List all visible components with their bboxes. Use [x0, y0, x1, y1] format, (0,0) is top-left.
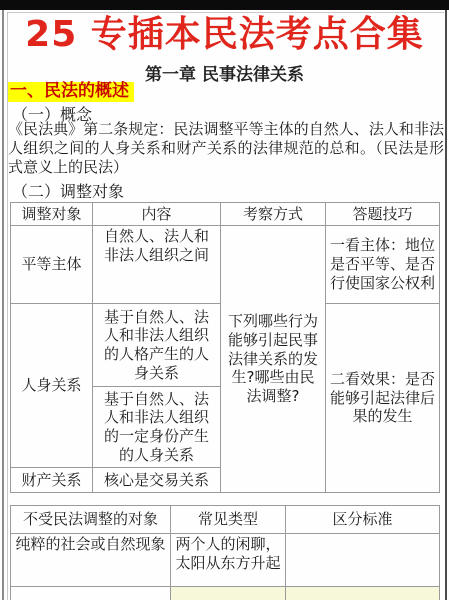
t1-cell-equal-subject-content: 自然人、法人和非法人组织之间 [93, 226, 220, 303]
t1-cell-personal-relation: 人身关系 [11, 304, 92, 467]
t1-header-exam-method: 考察方式 [221, 203, 325, 225]
t1-header-adjust-object: 调整对象 [11, 203, 92, 225]
t2-cutoff-row-col1 [11, 587, 170, 600]
non-civil-law-table: 不受民法调整的对象 常见类型 区分标准 纯粹的社会或自然现象 两个人的闲聊，太阳… [10, 505, 440, 600]
t2-cutoff-row-col2 [171, 587, 285, 600]
scan-right-edge [445, 10, 447, 600]
t1-cell-equal-subject: 平等主体 [11, 226, 92, 303]
section-heading-highlighted: 一、民法的概述 [8, 82, 134, 102]
t2-cutoff-row-col3 [286, 587, 439, 600]
t1-header-content: 内容 [93, 203, 220, 225]
scan-top-edge [0, 0, 449, 10]
t1-cell-tip-two: 二看效果：是否能够引起法律后果的发生 [326, 304, 439, 492]
t1-header-answer-tips: 答题技巧 [326, 203, 439, 225]
t2-cell-distinction-empty [286, 534, 439, 586]
t1-cell-personal-content-a: 基于自然人、法人和非法人组织的人格产生的人身关系 [93, 304, 220, 386]
t2-header-common-types: 常见类型 [171, 506, 285, 533]
t2-cell-social-natural: 纯粹的社会或自然现象 [11, 534, 170, 586]
t1-cell-property-content: 核心是交易关系 [93, 468, 220, 492]
t1-cell-personal-content-b: 基于自然人、法人和非法人组织的一定身份产生的人身关系 [93, 387, 220, 467]
t2-cell-examples: 两个人的闲聊，太阳从东方升起 [171, 534, 285, 586]
t2-header-non-adjusted: 不受民法调整的对象 [11, 506, 170, 533]
adjust-object-table: 调整对象 内容 考察方式 答题技巧 平等主体 自然人、法人和非法人组织之间 下列… [10, 202, 440, 493]
t1-cell-exam-method-merged: 下列哪些行为能够引起民事法律关系的发生?哪些由民法调整? [221, 226, 325, 492]
page-title: 25 专插本民法考点合集 [0, 13, 449, 56]
concept-paragraph: 《民法典》第二条规定：民法调整平等主体的自然人、法人和非法人组织之间的人身关系和… [8, 120, 444, 177]
t1-cell-tip-one: 一看主体：地位是否平等、是否行使国家公权利 [326, 226, 439, 303]
scan-left-edge [2, 10, 4, 600]
t2-header-distinction: 区分标准 [286, 506, 439, 533]
t1-cell-property-relation: 财产关系 [11, 468, 92, 492]
document-page: 25 专插本民法考点合集 第一章 民事法律关系 一、民法的概述 （一）概念 《民… [0, 0, 449, 600]
adjust-object-sublabel: （二）调整对象 [12, 179, 124, 202]
